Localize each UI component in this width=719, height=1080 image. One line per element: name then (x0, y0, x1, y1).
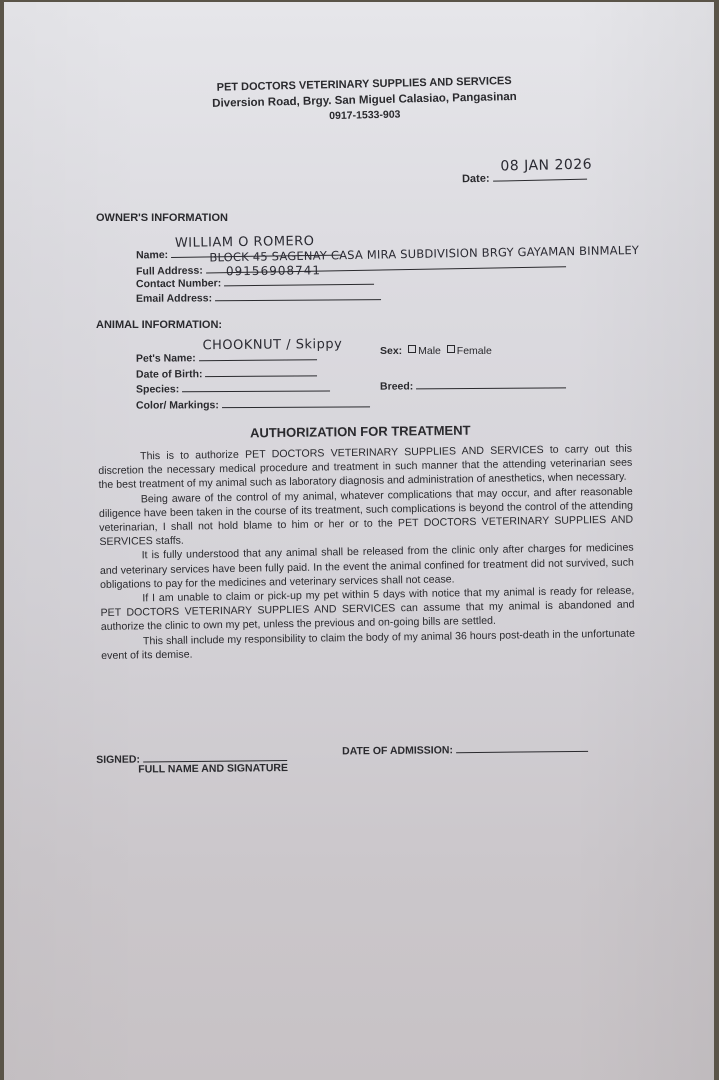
owner-section-title: OWNER'S INFORMATION (96, 212, 228, 224)
date-input[interactable]: 08 JAN 2026 (492, 167, 586, 182)
clinic-header: PET DOCTORS VETERINARY SUPPLIES AND SERV… (204, 73, 525, 126)
signature-block: SIGNED: FULL NAME AND SIGNATURE DATE OF … (96, 739, 616, 744)
pet-name-field: Pet's Name: CHOOKNUT / Skippy (136, 347, 317, 365)
color-input[interactable] (222, 394, 370, 408)
sex-male-checkbox[interactable] (408, 345, 416, 353)
owner-contact-input[interactable]: 09156908741 (224, 272, 374, 287)
sex-female-label: Female (457, 345, 492, 357)
dob-input[interactable] (205, 363, 317, 377)
breed-label: Breed: (380, 380, 413, 392)
owner-email-label: Email Address: (136, 292, 212, 305)
species-input[interactable] (182, 378, 330, 392)
species-field: Species: (136, 378, 330, 395)
signed-caption: FULL NAME AND SIGNATURE (138, 762, 288, 776)
admission-input[interactable] (456, 739, 588, 753)
breed-input[interactable] (416, 375, 566, 389)
pet-name-value: CHOOKNUT / Skippy (202, 337, 342, 353)
animal-section-title: ANIMAL INFORMATION: (96, 319, 222, 331)
color-label: Color/ Markings: (136, 399, 219, 411)
owner-email-input[interactable] (215, 287, 381, 301)
authorization-paragraph: Being aware of the control of my animal,… (99, 484, 634, 549)
sex-field: Sex: Male Female (380, 345, 492, 357)
date-field: Date: 08 JAN 2026 (462, 167, 587, 186)
pet-name-label: Pet's Name: (136, 352, 196, 365)
authorization-title: AUTHORIZATION FOR TREATMENT (250, 423, 471, 441)
species-label: Species: (136, 383, 179, 395)
admission-label: DATE OF ADMISSION: (342, 744, 453, 757)
breed-field: Breed: (380, 375, 566, 392)
owner-email-field: Email Address: (136, 287, 381, 305)
date-value: 08 JAN 2026 (500, 157, 592, 175)
consent-form-paper: PET DOCTORS VETERINARY SUPPLIES AND SERV… (4, 2, 714, 1080)
color-field: Color/ Markings: (136, 394, 370, 411)
signed-input[interactable] (143, 748, 287, 763)
sex-female-checkbox[interactable] (447, 345, 455, 353)
pet-name-input[interactable]: CHOOKNUT / Skippy (199, 347, 317, 361)
authorization-body: This is to authorize PET DOCTORS VETERIN… (98, 442, 635, 663)
sex-label: Sex: (380, 345, 402, 357)
owner-contact-value: 09156908741 (226, 263, 321, 278)
date-label: Date: (462, 173, 490, 186)
signed-label: SIGNED: (96, 754, 140, 766)
owner-name-label: Name: (136, 249, 168, 261)
admission-field: DATE OF ADMISSION: (342, 739, 588, 758)
sex-male-label: Male (418, 345, 441, 357)
